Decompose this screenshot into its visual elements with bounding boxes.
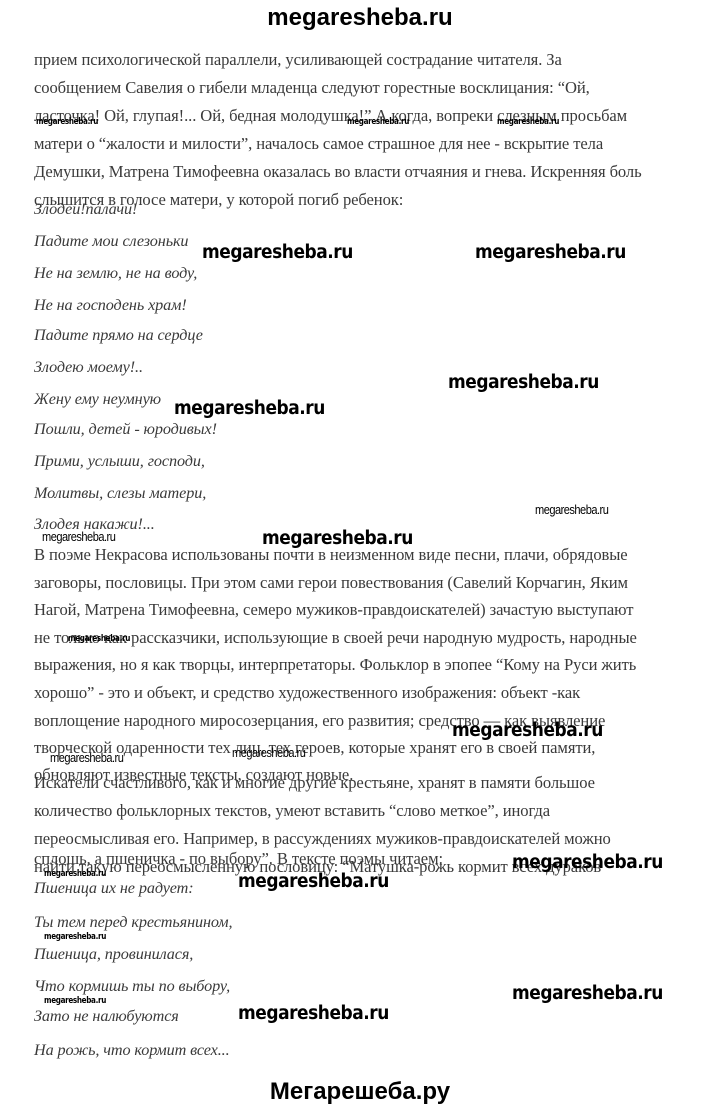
text-line: количество фольклорных текстов, умеют вс… [34,801,550,821]
watermark: megaresheba.ru [452,720,603,741]
watermark: megaresheba.ru [512,852,663,873]
watermark: megaresheba.ru [512,983,663,1004]
verse-line: Не на землю, не на воду, [34,264,197,283]
verse-line: Злодеи!палачи! [34,200,137,219]
verse-line: Ты тем перед крестьянином, [34,913,232,932]
watermark: megaresheba.ru [232,745,305,760]
text-line: Нагой, Матрена Тимофеевна, семеро мужико… [34,600,633,620]
verse-line: Пшеница их не радует: [34,879,194,898]
watermark: megaresheba.ru [238,1003,389,1024]
verse-line: Пошли, детей - юродивых! [34,420,217,439]
text-line: прием психологической параллели, усилива… [34,50,562,70]
watermark: megaresheba.ru [475,242,626,263]
verse-line: Жену ему неумную [34,390,161,409]
verse-line: Прими, услыши, господи, [34,452,205,471]
site-footer-watermark: Мегарешеба.ру [0,1078,720,1106]
verse-line: Что кормишь ты по выбору, [34,977,230,996]
text-line: сообщением Савелия о гибели младенца сле… [34,78,590,98]
watermark: megaresheba.ru [44,932,106,942]
document-page: megaresheba.ru прием психологической пар… [0,0,720,1114]
verse-line: Злодею моему!.. [34,358,143,377]
verse-line: Не на господень храм! [34,296,187,315]
verse-line: На рожь, что кормит всех... [34,1041,230,1060]
text-line: сплошь, а пшеничка - по выбору”. В текст… [34,849,443,869]
verse-line: Пшеница, провинилася, [34,945,193,964]
watermark: megaresheba.ru [535,502,608,517]
watermark: megaresheba.ru [44,996,106,1006]
text-line: Искатели счастливого, как и многие други… [34,773,595,793]
watermark: megaresheba.ru [262,528,413,549]
text-line: переосмысливая его. Например, в рассужде… [34,829,611,849]
verse-line: Зато не налюбуются [34,1007,179,1026]
verse-line: Падите мои слезоньки [34,232,188,251]
watermark: megaresheba.ru [202,242,353,263]
verse-line: Падите прямо на сердце [34,326,203,345]
watermark: megaresheba.ru [50,750,123,765]
text-line: Демушки, Матрена Тимофеевна оказалась во… [34,162,642,182]
site-header-watermark: megaresheba.ru [0,4,720,32]
verse-line: Молитвы, слезы матери, [34,484,206,503]
watermark: megaresheba.ru [44,869,106,879]
text-line: матери о “жалости и милости”, началось с… [34,134,603,154]
watermark: megaresheba.ru [68,634,130,644]
watermark: megaresheba.ru [448,372,599,393]
watermark: megaresheba.ru [42,529,115,544]
watermark: megaresheba.ru [347,117,409,127]
watermark: megaresheba.ru [497,117,559,127]
watermark: megaresheba.ru [238,871,389,892]
text-line: заговоры, пословицы. При этом сами герои… [34,573,628,593]
watermark: megaresheba.ru [36,117,98,127]
text-line: хорошо” - это и объект, и средство худож… [34,683,580,703]
watermark: megaresheba.ru [174,398,325,419]
text-line: выражения, но я как творцы, интерпретато… [34,655,636,675]
